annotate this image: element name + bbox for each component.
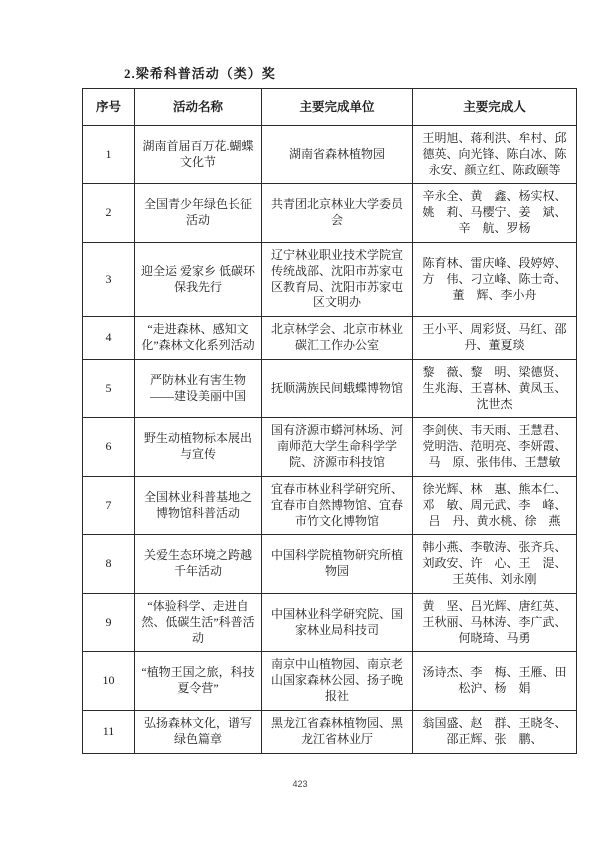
table-row: 10 “植物王国之旅，科技夏令营” 南京中山植物园、南京老山国家森林公园、扬子晚…	[83, 652, 577, 710]
table-row: 2 全国青少年绿色长征活动 共青团北京林业大学委员会 辛永全、黄 鑫、杨实权、姚…	[83, 184, 577, 242]
table-row: 5 严防林业有害生物——建设美丽中国 抚顺满族民间蛾蝶博物馆 黎 薇、黎 明、梁…	[83, 359, 577, 417]
table-row: 11 弘扬森林文化，谱写绿色篇章 黑龙江省森林植物园、黑龙江省林业厅 翁国盛、赵…	[83, 710, 577, 753]
cell-main-unit: 中国科学院植物研究所植物园	[262, 535, 413, 593]
cell-activity-name: 野生动植物标本展出与宣传	[135, 418, 262, 476]
cell-serial-no: 4	[83, 317, 135, 360]
cell-serial-no: 7	[83, 476, 135, 534]
cell-activity-name: 关爱生态环境之跨越千年活动	[135, 535, 262, 593]
cell-main-people: 王小平、周彩贤、马红、邵 丹、董夏琰	[413, 317, 577, 360]
cell-main-people: 黎 薇、黎 明、梁德贤、生兆海、王喜林、黄凤玉、沈世杰	[413, 359, 577, 417]
cell-main-people: 黄 坚、吕光辉、唐红英、王秋丽、马林涛、李广武、何晓琦、马勇	[413, 593, 577, 651]
cell-activity-name: 湖南首届百万花.蝴蝶文化节	[135, 126, 262, 184]
cell-main-unit: 湖南省森林植物园	[262, 126, 413, 184]
cell-activity-name: 弘扬森林文化，谱写绿色篇章	[135, 710, 262, 753]
cell-serial-no: 8	[83, 535, 135, 593]
table-row: 7 全国林业科普基地之博物馆科普活动 宜春市林业科学研究所、宜春市自然博物馆、宜…	[83, 476, 577, 534]
document-page: 2.梁希科普活动（类）奖 序号 活动名称 主要完成单位 主要完成人 1 湖南首届…	[0, 0, 600, 848]
cell-serial-no: 6	[83, 418, 135, 476]
cell-activity-name: 严防林业有害生物——建设美丽中国	[135, 359, 262, 417]
cell-main-unit: 北京林学会、北京市林业碳汇工作办公室	[262, 317, 413, 360]
page-number: 423	[0, 779, 600, 789]
column-header-main-unit: 主要完成单位	[262, 89, 413, 126]
cell-main-people: 李剑侠、韦天雨、王慧君、党明浩、范明亮、李妍霞、马 原、张伟伟、王慧敏	[413, 418, 577, 476]
cell-activity-name: “走进森林、感知文化”森林文化系列活动	[135, 317, 262, 360]
cell-serial-no: 9	[83, 593, 135, 651]
cell-serial-no: 11	[83, 710, 135, 753]
table-row: 9 “体验科学、走进自然、低碳生活”科普活动 中国林业科学研究院、国家林业局科技…	[83, 593, 577, 651]
cell-serial-no: 5	[83, 359, 135, 417]
cell-main-unit: 南京中山植物园、南京老山国家森林公园、扬子晚报社	[262, 652, 413, 710]
cell-main-people: 辛永全、黄 鑫、杨实权、姚 莉、马樱宁、姜 斌、辛 航、罗杨	[413, 184, 577, 242]
cell-serial-no: 3	[83, 242, 135, 316]
cell-main-unit: 抚顺满族民间蛾蝶博物馆	[262, 359, 413, 417]
table-body: 1 湖南首届百万花.蝴蝶文化节 湖南省森林植物园 王明旭、蒋利洪、牟村、邱德英、…	[83, 126, 577, 754]
table-header: 序号 活动名称 主要完成单位 主要完成人	[83, 89, 577, 126]
cell-main-people: 陈育林、雷庆峰、段婷婷、方 伟、刁立峰、陈士奇、董 辉、李小舟	[413, 242, 577, 316]
section-title: 2.梁希科普活动（类）奖	[124, 63, 276, 82]
table-row: 6 野生动植物标本展出与宣传 国有济源市蟒河林场、河南师范大学生命科学学院、济源…	[83, 418, 577, 476]
cell-main-unit: 宜春市林业科学研究所、宜春市自然博物馆、宜春市竹文化博物馆	[262, 476, 413, 534]
column-header-serial-no: 序号	[83, 89, 135, 126]
table-row: 1 湖南首届百万花.蝴蝶文化节 湖南省森林植物园 王明旭、蒋利洪、牟村、邱德英、…	[83, 126, 577, 184]
cell-activity-name: 迎全运 爱家乡 低碳环保我先行	[135, 242, 262, 316]
cell-activity-name: “植物王国之旅，科技夏令营”	[135, 652, 262, 710]
cell-activity-name: 全国青少年绿色长征活动	[135, 184, 262, 242]
cell-main-unit: 共青团北京林业大学委员会	[262, 184, 413, 242]
table-row: 3 迎全运 爱家乡 低碳环保我先行 辽宁林业职业技术学院宣传统战部、沈阳市苏家屯…	[83, 242, 577, 316]
column-header-main-people: 主要完成人	[413, 89, 577, 126]
column-header-activity-name: 活动名称	[135, 89, 262, 126]
award-table: 序号 活动名称 主要完成单位 主要完成人 1 湖南首届百万花.蝴蝶文化节 湖南省…	[82, 88, 577, 754]
cell-serial-no: 1	[83, 126, 135, 184]
cell-activity-name: “体验科学、走进自然、低碳生活”科普活动	[135, 593, 262, 651]
table-row: 4 “走进森林、感知文化”森林文化系列活动 北京林学会、北京市林业碳汇工作办公室…	[83, 317, 577, 360]
cell-serial-no: 10	[83, 652, 135, 710]
table-row: 8 关爱生态环境之跨越千年活动 中国科学院植物研究所植物园 韩小燕、李敬涛、张齐…	[83, 535, 577, 593]
cell-main-unit: 国有济源市蟒河林场、河南师范大学生命科学学院、济源市科技馆	[262, 418, 413, 476]
cell-activity-name: 全国林业科普基地之博物馆科普活动	[135, 476, 262, 534]
cell-main-people: 韩小燕、李敬涛、张齐兵、刘政安、许 心、王 湜、王英伟、刘永刚	[413, 535, 577, 593]
cell-main-unit: 黑龙江省森林植物园、黑龙江省林业厅	[262, 710, 413, 753]
cell-main-people: 王明旭、蒋利洪、牟村、邱德英、向光锋、陈白冰、陈永安、颜立红、陈政颐等	[413, 126, 577, 184]
cell-main-unit: 中国林业科学研究院、国家林业局科技司	[262, 593, 413, 651]
cell-main-people: 徐光辉、林 惠、熊本仁、邓 敏、周元武、李 峰、吕 丹、黄水桃、徐 燕	[413, 476, 577, 534]
cell-main-unit: 辽宁林业职业技术学院宣传统战部、沈阳市苏家屯区教育局、沈阳市苏家屯区文明办	[262, 242, 413, 316]
header-row: 序号 活动名称 主要完成单位 主要完成人	[83, 89, 577, 126]
cell-serial-no: 2	[83, 184, 135, 242]
cell-main-people: 翁国盛、赵 群、王晓冬、邵正辉、张 鹏、	[413, 710, 577, 753]
cell-main-people: 汤诗杰、李 梅、王雁、田松沪、杨 娟	[413, 652, 577, 710]
